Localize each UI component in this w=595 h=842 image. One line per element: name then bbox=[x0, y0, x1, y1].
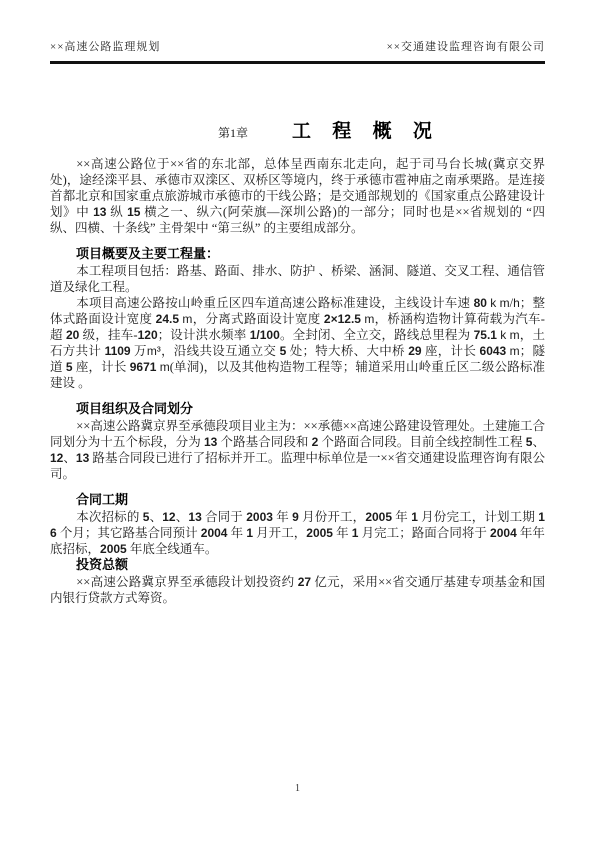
section-paragraph: 本工程项目包括：路基、路面、排水、防护 、桥梁、涵洞、隧道、交叉工程、通信管道及… bbox=[50, 263, 545, 295]
section-paragraph: 本项目高速公路按山岭重丘区四车道高速公路标准建设，主线设计车速 80 k m/h… bbox=[50, 295, 545, 391]
header-left-title: ××高速公路监理规划 bbox=[50, 38, 160, 54]
page-content: ××高速公路监理规划 ××交通建设监理咨询有限公司 第1章 工 程 概 况 ××… bbox=[0, 0, 595, 606]
page-number: 1 bbox=[0, 783, 595, 794]
section-paragraph: 本次招标的 5、12、13 合同于 2003 年 9 月份开工，2005 年 1… bbox=[50, 509, 545, 557]
header-right-company: ××交通建设监理咨询有限公司 bbox=[387, 38, 545, 54]
intro-paragraph: ××高速公路位于××省的东北部，总体呈西南东北走向，起于司马台长城(冀京交界处)… bbox=[50, 156, 545, 236]
chapter-number: 第1章 bbox=[218, 124, 248, 141]
document-page: ××高速公路监理规划 ××交通建设监理咨询有限公司 第1章 工 程 概 况 ××… bbox=[0, 0, 595, 842]
section-paragraph: ××高速公路冀京界至承德段计划投资约 27 亿元，采用××省交通厅基建专项基金和… bbox=[50, 574, 545, 606]
section-heading-contract-duration: 合同工期 bbox=[50, 492, 545, 508]
section-heading-total-investment: 投资总额 bbox=[50, 557, 545, 573]
section-heading-project-summary: 项目概要及主要工程量： bbox=[50, 246, 545, 262]
section-paragraph: ××高速公路冀京界至承德段项目业主为：××承德××高速公路建设管理处。土建施工合… bbox=[50, 418, 545, 482]
section-heading-organization: 项目组织及合同划分 bbox=[50, 401, 545, 417]
chapter-title: 工 程 概 况 bbox=[292, 116, 440, 143]
chapter-heading: 第1章 工 程 概 况 bbox=[218, 116, 545, 143]
running-header: ××高速公路监理规划 ××交通建设监理咨询有限公司 bbox=[50, 38, 545, 64]
